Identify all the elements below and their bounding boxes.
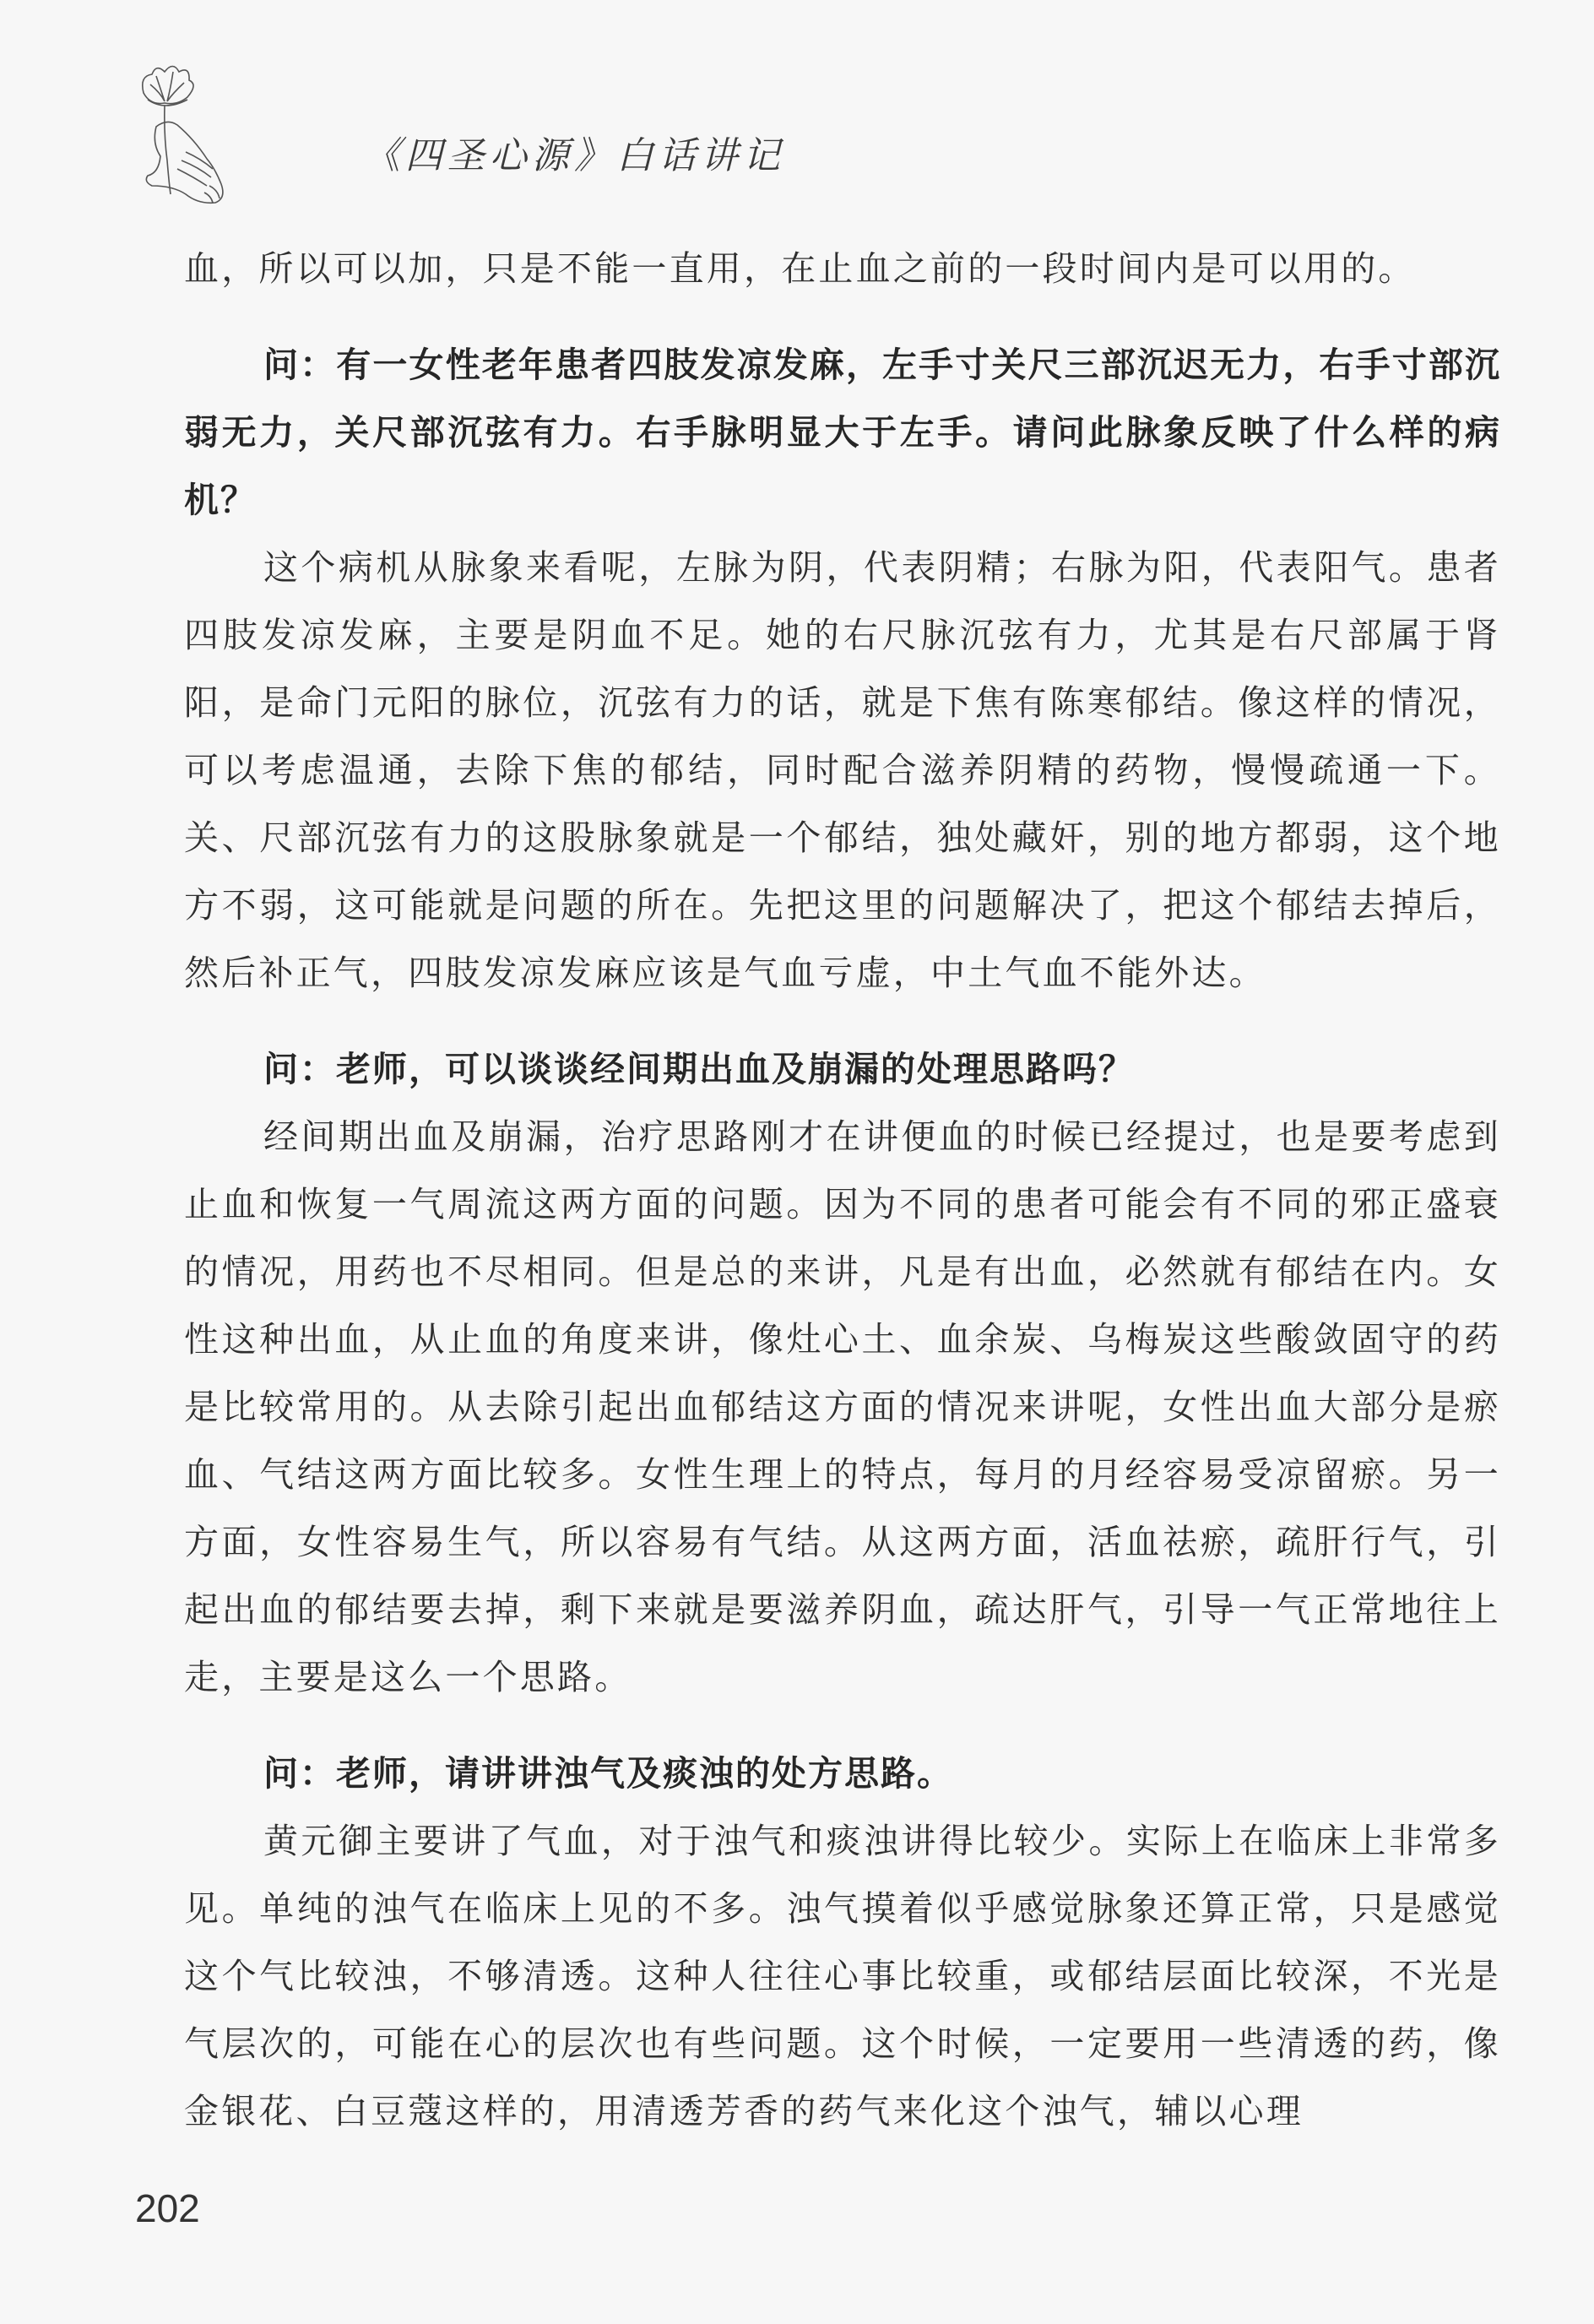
question-paragraph: 问：老师，请讲讲浊气及痰浊的处方思路。 bbox=[184, 1740, 1501, 1807]
question-paragraph: 问：有一女性老年患者四肢发凉发麻，左手寸关尺三部沉迟无力，右手寸部沉弱无力，关尺… bbox=[184, 331, 1501, 534]
lotus-hand-icon bbox=[127, 59, 253, 211]
running-header: 《四圣心源》白话讲记 bbox=[127, 59, 802, 211]
answer-paragraph: 黄元御主要讲了气血，对于浊气和痰浊讲得比较少。实际上在临床上非常多见。单纯的浊气… bbox=[184, 1807, 1501, 2145]
answer-paragraph: 经间期出血及崩漏，治疗思路刚才在讲便血的时候已经提过，也是要考虑到止血和恢复一气… bbox=[184, 1103, 1501, 1711]
page-number: 202 bbox=[135, 2186, 200, 2231]
running-title: 《四圣心源》白话讲记 bbox=[363, 125, 785, 179]
question-paragraph: 问：老师，可以谈谈经间期出血及崩漏的处理思路吗？ bbox=[184, 1035, 1501, 1103]
answer-paragraph: 这个病机从脉象来看呢，左脉为阴，代表阴精；右脉为阳，代表阳气。患者四肢发凉发麻，… bbox=[184, 534, 1501, 1007]
page-body: 血，所以可以加，只是不能一直用，在止血之前的一段时间内是可以用的。 问：有一女性… bbox=[184, 235, 1501, 2145]
paragraph-continuation: 血，所以可以加，只是不能一直用，在止血之前的一段时间内是可以用的。 bbox=[184, 235, 1501, 302]
